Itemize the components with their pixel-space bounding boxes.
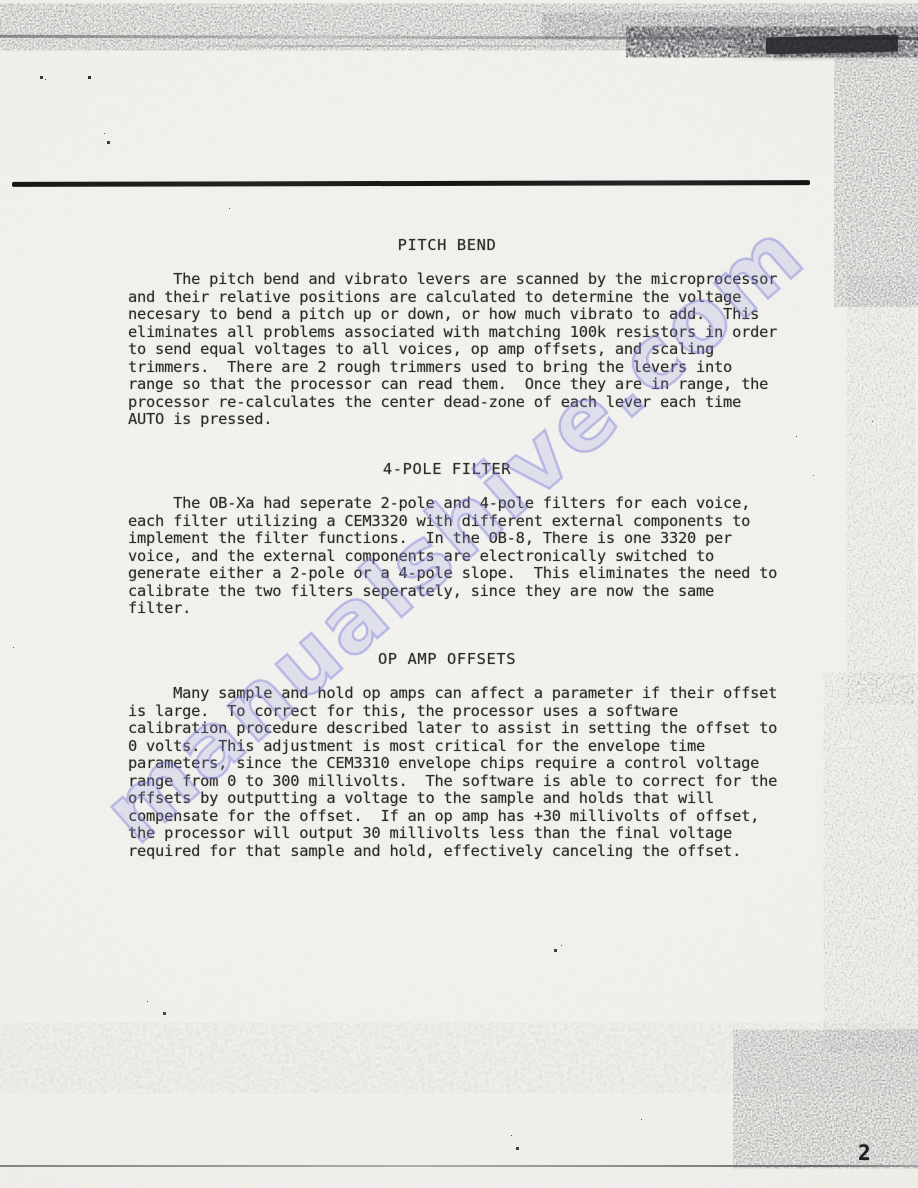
- section-heading: PITCH BEND: [128, 236, 766, 254]
- ink-specks: [0, 0, 3, 3]
- section-heading: OP AMP OFFSETS: [128, 650, 766, 668]
- right-edge-noise-lower: [828, 690, 916, 1035]
- section-paragraph: The OB-Xa had seperate 2-pole and 4-pole…: [128, 495, 828, 618]
- page-number: 2: [858, 1141, 871, 1165]
- right-edge-noise-middle: [850, 295, 912, 685]
- section-op-amp-offsets: OP AMP OFFSETS Many sample and hold op a…: [128, 650, 828, 860]
- section-pitch-bend: PITCH BEND The pitch bend and vibrato le…: [128, 236, 828, 429]
- bottom-faint-band: [0, 1026, 918, 1090]
- section-4-pole-filter: 4-POLE FILTER The OB-Xa had seperate 2-p…: [128, 460, 828, 618]
- footer-rule: [0, 1165, 918, 1167]
- scanned-manual-page: manualshive.com PITCH BEND The pitch ben…: [0, 0, 918, 1188]
- section-paragraph: Many sample and hold op amps can affect …: [128, 685, 828, 860]
- top-scan-streak-faint: [150, 45, 670, 47]
- top-right-ink-blotch: [766, 35, 898, 55]
- section-paragraph: The pitch bend and vibrato levers are sc…: [128, 271, 828, 429]
- right-edge-noise-upper: [838, 55, 914, 295]
- header-rule: [12, 180, 810, 187]
- section-heading: 4-POLE FILTER: [128, 460, 766, 478]
- bottom-right-corner-noise: [742, 1036, 914, 1162]
